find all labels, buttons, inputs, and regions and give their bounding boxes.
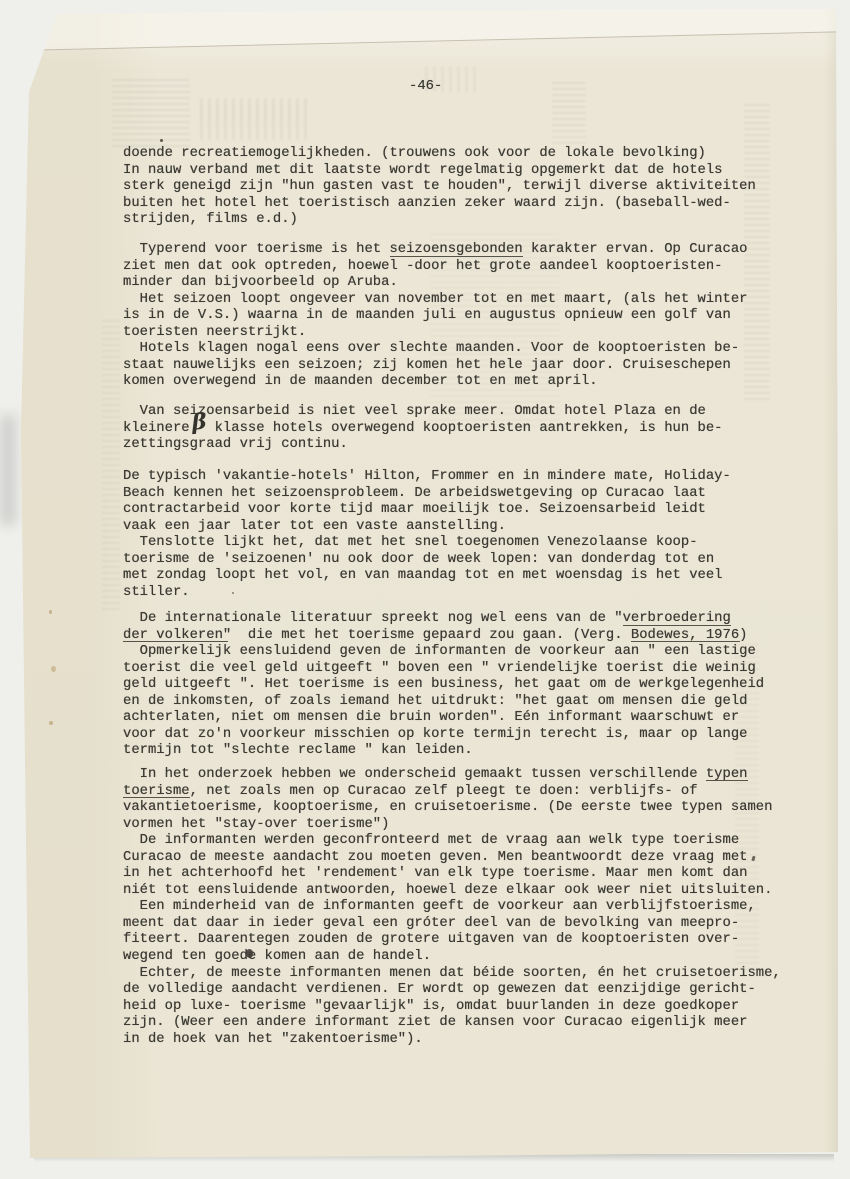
typo-correction-blob xyxy=(246,949,253,958)
underline-verbroedering xyxy=(623,625,731,626)
paper-speck xyxy=(19,24,21,26)
underline-toerisme xyxy=(123,797,190,798)
underline-der-volkeren xyxy=(123,641,228,642)
paper-speck xyxy=(160,139,163,142)
underline-typen xyxy=(706,780,748,781)
paper-speck xyxy=(49,610,52,614)
body-paragraph-6: In het onderzoek hebben we onderscheid g… xyxy=(123,766,781,1047)
handwritten-beta-annotation: β xyxy=(191,411,207,434)
paper-speck xyxy=(49,721,53,725)
body-paragraph-3: Van seizoensarbeid is niet veel sprake m… xyxy=(123,403,723,453)
scanned-document-page: -46- doende recreatiemogelijkheden. (tro… xyxy=(0,0,850,1179)
paper-speck xyxy=(51,666,56,672)
underline-seizoensgebonden xyxy=(390,256,523,257)
bleedthrough-text-ghost xyxy=(200,98,310,140)
body-paragraph-5: De internationale literatuur spreekt nog… xyxy=(123,610,764,759)
underline-bodewes-1976 xyxy=(631,641,740,642)
bleedthrough-text-ghost xyxy=(102,320,120,610)
body-paragraph-1: doende recreatiemogelijkheden. (trouwens… xyxy=(123,145,756,228)
bleedthrough-text-ghost xyxy=(112,75,190,147)
fold-crease xyxy=(17,0,850,51)
body-paragraph-4: De typisch 'vakantie-hotels' Hilton, Fro… xyxy=(123,468,731,600)
paper-sheet: -46- doende recreatiemogelijkheden. (tro… xyxy=(0,0,850,1179)
bleedthrough-text-ghost xyxy=(552,82,586,144)
body-paragraph-2: Typerend voor toerisme is het seizoensge… xyxy=(123,241,747,390)
page-number: -46- xyxy=(409,78,442,94)
scanner-smudge xyxy=(0,415,16,525)
